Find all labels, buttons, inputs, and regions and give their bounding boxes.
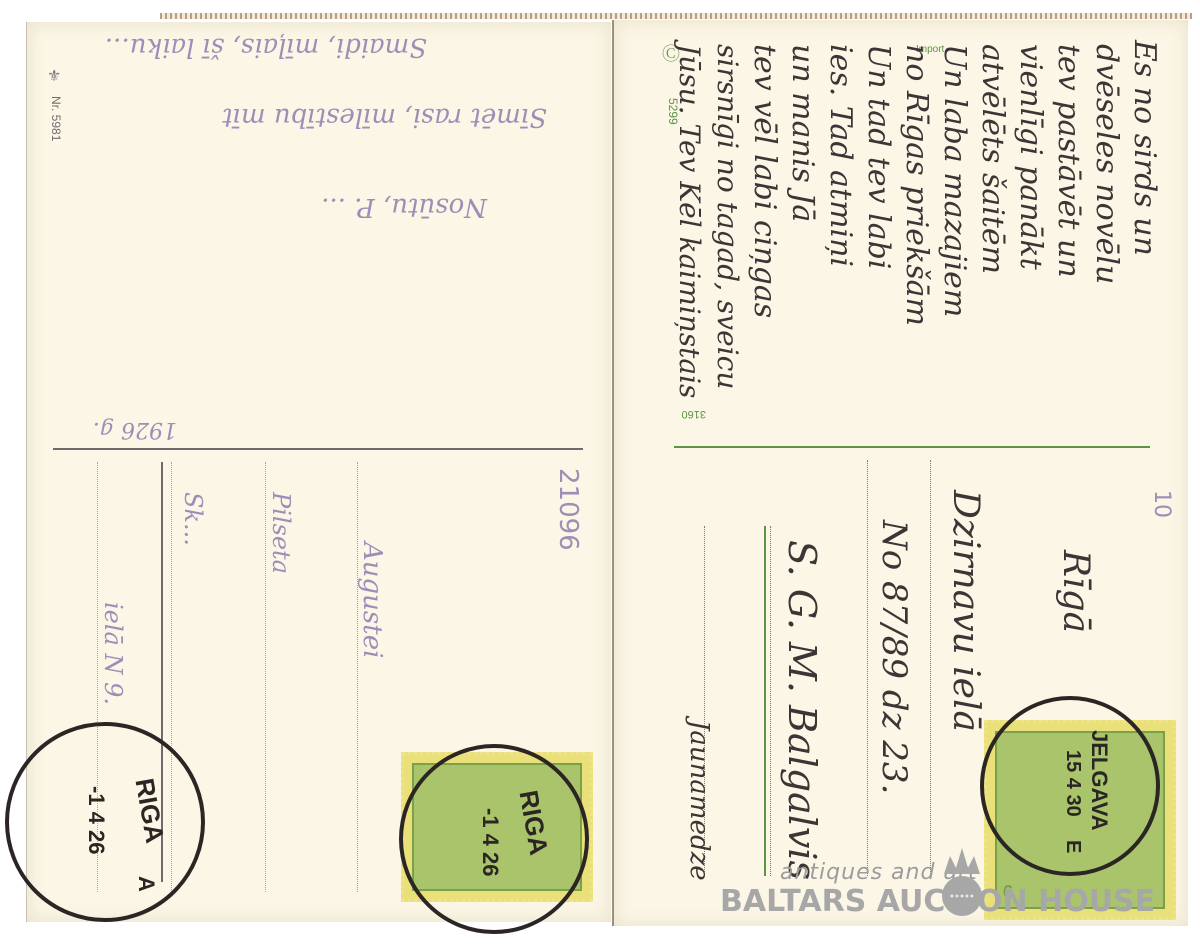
perforated-edge bbox=[160, 13, 1192, 19]
address-line bbox=[930, 460, 931, 876]
address-line bbox=[357, 462, 358, 892]
publisher-mark: Nr. 5981 bbox=[49, 96, 63, 141]
address-line bbox=[770, 526, 771, 876]
address-line-text: Dzirnavu ielā bbox=[945, 490, 986, 732]
message-line: Un laba mazajiem bbox=[937, 44, 972, 317]
address-line-text: Pilseta bbox=[267, 492, 295, 574]
address-line-text: ielā N 9. bbox=[99, 602, 127, 705]
stamp-divider bbox=[764, 526, 766, 876]
printer-code: 3160 bbox=[682, 408, 706, 420]
message-line: tev vēl labi ciņgas bbox=[747, 44, 782, 318]
message-line: un manis Jā bbox=[785, 44, 820, 222]
message-line: Es no sirds un bbox=[1127, 40, 1162, 256]
message-line: vienlīgi panākt bbox=[1013, 44, 1048, 270]
message-line: no Rīgas priekšām bbox=[899, 44, 934, 326]
address-line-text: Sk... bbox=[179, 492, 207, 546]
publisher-logo: ⚜ bbox=[47, 66, 65, 96]
message-line: sirsnīgi no tagad, sveicu bbox=[711, 44, 744, 389]
message-line: Smaidi, mīļais, šī laiku... bbox=[105, 32, 427, 62]
address-line bbox=[867, 460, 868, 876]
address-line bbox=[265, 462, 266, 892]
message-line: ies. Tad atmiņi bbox=[823, 44, 858, 267]
address-divider bbox=[674, 446, 1150, 448]
message-line: 1926 g. bbox=[93, 417, 177, 442]
pencil-inventory-number: 10 bbox=[1149, 490, 1174, 518]
message-line: Nosūtu, P. ... bbox=[321, 192, 487, 222]
right-postcard: Ⓒ 5299 Import. 3160 Es no sirds un dvēse… bbox=[612, 20, 1188, 926]
message-line: Sīmēt rasi, mīlestību mīt bbox=[222, 102, 547, 132]
address-line-text: S. G. M. Balgalvis bbox=[780, 540, 824, 880]
postmark: RIGA -1 4 26 A bbox=[5, 722, 205, 922]
postmark: RIGA -1 4 26 bbox=[399, 744, 589, 934]
address-line-text: Augustei bbox=[357, 542, 387, 658]
message-line: Jūsu. Tev Kēl kaimiņstais bbox=[673, 44, 706, 398]
address-line-text: No 87/89 dz 23. bbox=[874, 520, 914, 794]
message-line: atvēlēts šaitēm bbox=[975, 44, 1010, 274]
watermark-name: BALTARS AUCTION HOUSE bbox=[720, 884, 1155, 919]
address-line-text: Rīgā bbox=[1055, 550, 1096, 633]
address-divider bbox=[53, 448, 583, 450]
message-line: dvēseles novēlu bbox=[1089, 44, 1124, 284]
address-line-text: Jaunamedze bbox=[684, 720, 714, 881]
postmark: JELGAVA 15 4 30 E bbox=[980, 696, 1160, 876]
crown-emblem-icon bbox=[940, 846, 984, 920]
left-postcard: ⚜ Nr. 5981 Smaidi, mīļais, šī laiku... S… bbox=[26, 22, 611, 922]
message-line: tev pastāvēt un bbox=[1051, 44, 1086, 278]
message-line: Un tad tev labi bbox=[861, 44, 896, 269]
pencil-inventory-number: 21096 bbox=[553, 468, 583, 551]
